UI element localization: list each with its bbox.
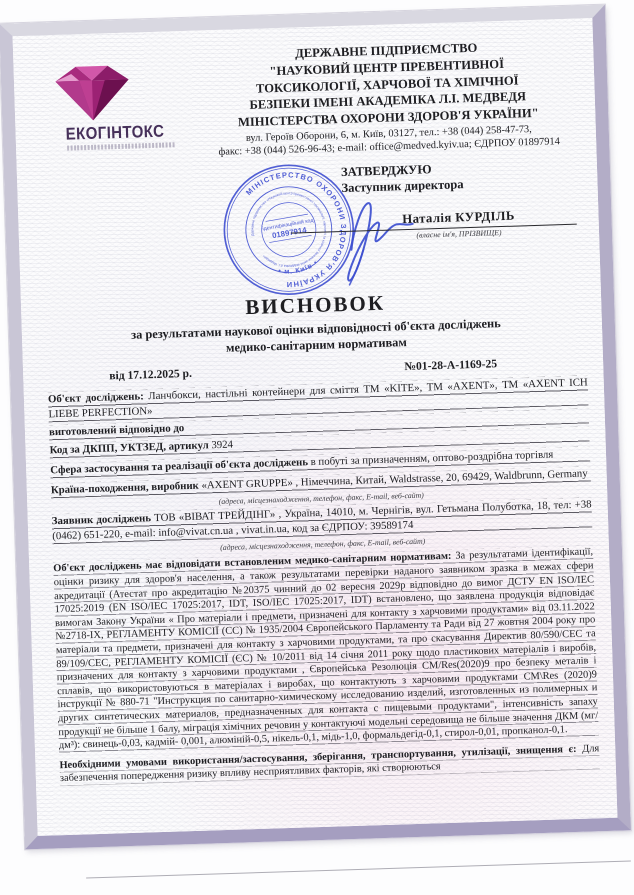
field-made-according-label: виготовлений відповідно до	[49, 423, 185, 439]
form-body: Об'єкт досліджень: Ланчбокси, настільні …	[48, 376, 600, 786]
logo: ЕКОГІНТОКС	[37, 45, 198, 152]
diamond-gem-icon	[43, 58, 141, 123]
header: ЕКОГІНТОКС ДЕРЖАВНЕ ПІДПРИЄМСТВО "НАУКОВ…	[37, 33, 580, 165]
certificate-scan: ЕКОГІНТОКС ДЕРЖАВНЕ ПІДПРИЄМСТВО "НАУКОВ…	[0, 5, 631, 850]
document-date: від 17.12.2025 р.	[109, 367, 192, 383]
approval-block: ЗАТВЕРДЖУЮ Заступник директора МІНІСТЕРС…	[41, 154, 585, 297]
field-scope-value: в побуті за призначенням, оптово-роздріб…	[310, 449, 553, 469]
compliance-paragraph: Об'єкт досліджень має відповідати встано…	[53, 546, 599, 753]
certificate-sheet: ЕКОГІНТОКС ДЕРЖАВНЕ ПІДПРИЄМСТВО "НАУКОВ…	[13, 18, 618, 836]
certificate-frame: ЕКОГІНТОКС ДЕРЖАВНЕ ПІДПРИЄМСТВО "НАУКОВ…	[0, 5, 631, 850]
org-name-block: ДЕРЖАВНЕ ПІДПРИЄМСТВО "НАУКОВИЙ ЦЕНТР ПР…	[195, 33, 580, 161]
logo-wordmark: ЕКОГІНТОКС	[65, 121, 182, 145]
field-code-value: 3924	[211, 439, 233, 452]
field-applicant-label: Заявник досліджень	[52, 513, 152, 528]
signer-block: Наталія КУРДІЛЬ (власне ім'я, ПРІЗВИЩЕ)	[340, 206, 577, 241]
document-number: №01-28-А-1169-25	[404, 358, 497, 374]
field-code-label: Код за ДКПП, УКТЗЕД, артикул	[49, 440, 208, 457]
compliance-value: За результатами ідентифікації, оцінки ри…	[54, 547, 599, 752]
field-object-label: Об'єкт досліджень:	[48, 391, 144, 406]
scan-page-edge	[86, 860, 631, 879]
field-origin-label: Країна-походження, виробник	[51, 480, 199, 497]
field-scope-label: Сфера застосування та реалізації об'єкта…	[50, 457, 308, 477]
